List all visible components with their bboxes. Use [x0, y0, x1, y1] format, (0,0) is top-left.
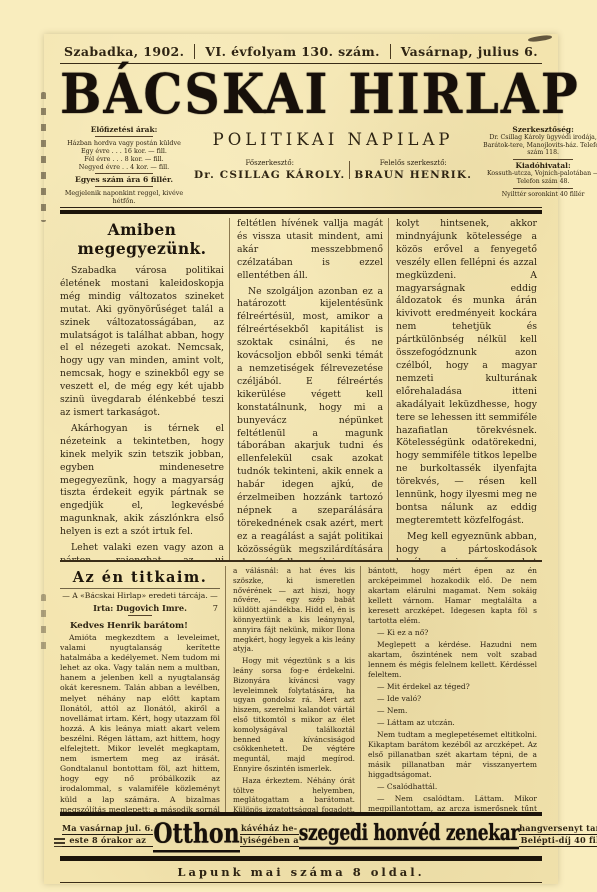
editors-block: Főszerkesztő: Dr. CSILLAG KÁROLY. Felelő…	[194, 159, 472, 181]
responsible-editor: Felelős szerkesztő: BRAUN HENRIK.	[354, 159, 472, 181]
ad-details-line1: hangversenyt tart.	[519, 823, 597, 835]
ad-date-block: Ma vasárnap jul. 6. este 8 órakor az	[62, 823, 153, 847]
feuilleton-section: Az én titkaim. — A «Bácskai Hirlap» ered…	[60, 566, 542, 812]
dateline-place-date: Szabadka, 1902.	[64, 44, 184, 59]
ad-venue-desc: kávéház he- lyiségében a	[240, 823, 299, 847]
editorial-office-heading: Szerkesztőség:	[478, 126, 597, 134]
paragraph: Meg kell egyeznünk abban, hogy a pártosk…	[396, 531, 537, 560]
divider	[513, 188, 573, 189]
offices-box: Szerkesztőség: Dr. Csillag Károly ügyvéd…	[478, 126, 597, 198]
feuilleton-column-2: a válásnál: a hat éves kis szöszke, ki i…	[225, 566, 360, 812]
feuilleton-column-3: bántott, hogy mért épen az én arcképeimm…	[360, 566, 542, 812]
divider	[95, 173, 154, 174]
dateline-day: Vasárnap, julius 6.	[401, 44, 538, 59]
lead-article-column-2: feltétlen hívének vallja magát és vissza…	[229, 218, 388, 560]
divider	[128, 615, 152, 616]
divider	[95, 186, 154, 187]
feuilleton-column-1: Az én titkaim. — A «Bácskai Hirlap» ered…	[60, 566, 225, 812]
section-divider-rule	[60, 560, 542, 562]
chief-editor-label: Főszerkesztő:	[194, 159, 345, 167]
dateline-separator	[390, 44, 391, 59]
paragraph: a válásnál: a hat éves kis szöszke, ki i…	[233, 566, 355, 654]
paragraph: Nem tudtam a meglepetésemet eltitkolni. …	[368, 730, 537, 780]
openspace-note: Nyilttér soronkint 40 fillér	[478, 191, 597, 199]
chief-editor-name: Dr. CSILLAG KÁROLY.	[194, 169, 345, 181]
subscription-heading: Előfizetési árak:	[60, 126, 188, 134]
dateline-issue: VI. évfolyam 130. szám.	[205, 44, 380, 59]
dialogue-line: — Ki ez a nő?	[368, 628, 537, 638]
lead-article-title: Amiben megegyezünk.	[60, 220, 224, 258]
dialogue-line: — Csalódhattál.	[368, 782, 537, 792]
dateline: Szabadka, 1902. VI. évfolyam 130. szám. …	[60, 42, 542, 63]
header-rule	[60, 207, 542, 214]
single-copy-price: Egyes szám ára 6 fillér.	[60, 176, 188, 184]
editorial-office-text: Dr. Csillag Károly ügyvédi irodája, Bará…	[478, 134, 597, 157]
masthead-subtitle: POLITIKAI NAPILAP	[194, 130, 472, 149]
publisher-office-text: Kossuth-utcza, Vojnich-palotában — Telef…	[478, 170, 597, 186]
divider	[95, 136, 154, 137]
paragraph: Szabadka városa politikai életének mosta…	[60, 265, 224, 420]
ad-venue-name: Otthon	[153, 818, 239, 853]
paragraph: Hogy mit végeztünk s a kis leány sorsa f…	[233, 656, 355, 774]
feuilleton-title: Az én titkaim.	[60, 569, 220, 586]
ad-details-line2: Belépti-díj 40 fill.	[519, 835, 597, 847]
newspaper-page: Szabadka, 1902. VI. évfolyam 130. szám. …	[44, 34, 558, 884]
ad-details-block: hangversenyt tart. Belépti-díj 40 fill.	[519, 823, 597, 847]
chief-editor: Főszerkesztő: Dr. CSILLAG KÁROLY.	[194, 159, 345, 181]
paragraph: Haza érkeztem. Néhány órát töltve helyem…	[233, 776, 355, 812]
subscription-row: Fél évre . . . 8 kor. — fill.	[60, 155, 188, 163]
subscription-row: Egy évre . . . 16 kor. — fill.	[60, 147, 188, 155]
paragraph: feltétlen hívének vallja magát és vissza…	[237, 218, 383, 283]
subscription-subheading: Házban hordva vagy postán küldve	[60, 139, 188, 147]
ink-smudge-icon	[54, 838, 65, 847]
lead-article-column-3: kolyt hintsenek, akkor mindnyájunk kötel…	[388, 218, 542, 560]
paragraph: Meglepett a kérdése. Hazudni nem akartam…	[368, 640, 537, 680]
paragraph: Amióta megkezdtem a leveleimet, valami n…	[60, 633, 220, 812]
responsible-editor-label: Felelős szerkesztő:	[354, 159, 472, 167]
publisher-office-heading: Kiadóhivatal:	[478, 162, 597, 170]
ad-venue-desc-line1: kávéház he-	[240, 823, 299, 835]
dialogue-line: — Mit érdekel az téged?	[368, 682, 537, 692]
feuilleton-tagline: — A «Bácskai Hirlap» eredeti tárcája. —	[60, 591, 220, 600]
masthead-info-row: Előfizetési árak: Házban hordva vagy pos…	[60, 126, 542, 205]
publication-note: Megjelenik naponkint reggel, kivéve hétf…	[60, 189, 188, 205]
masthead-center: POLITIKAI NAPILAP Főszerkesztő: Dr. CSIL…	[188, 126, 478, 181]
lead-article-section: Amiben megegyezünk. Szabadka városa poli…	[60, 218, 542, 560]
subscription-box: Előfizetési árak: Házban hordva vagy pos…	[60, 126, 188, 205]
paragraph: Lehet valaki ezen vagy azon a párton, ra…	[60, 542, 224, 560]
subscription-row: Negyed évre . . 4 kor. — fill.	[60, 163, 188, 171]
ad-venue-desc-line2: lyiségében a	[240, 835, 299, 847]
masthead-title: BÁCSKAI HIRLAP	[60, 63, 542, 126]
ad-banner: Ma vasárnap jul. 6. este 8 órakor az Ott…	[60, 816, 542, 856]
feuilleton-part-number: 7	[213, 603, 218, 613]
footer-rule	[60, 882, 542, 883]
ad-date-line1: Ma vasárnap jul. 6.	[62, 823, 153, 835]
paragraph: — Nem csalódtam. Láttam. Mikor megpillan…	[368, 794, 537, 812]
dateline-separator	[194, 44, 195, 59]
ad-date-line2: este 8 órakor az	[62, 835, 153, 847]
divider	[349, 161, 350, 179]
ad-band-name: szegedi honvéd zenekar	[299, 821, 519, 850]
dialogue-line: — Láttam az utczán.	[368, 718, 537, 728]
paragraph: Ne szolgáljon azonban ez a határozott ki…	[237, 286, 383, 560]
feuilleton-byline-row: Irta: Dugovich Imre. 7	[60, 603, 220, 613]
dialogue-line: — Nem.	[368, 706, 537, 716]
paragraph: Akárhogyan is térnek el nézeteink a teki…	[60, 423, 224, 539]
page-background: { "colors": { "background": "#f9edbe", "…	[0, 0, 597, 892]
paragraph: bántott, hogy mért épen az én arcképeimm…	[368, 566, 537, 626]
feuilleton-byline: Irta: Dugovich Imre.	[93, 603, 187, 613]
feuilleton-salutation: Kedves Henrik barátom!	[60, 621, 220, 631]
feuilleton-title-rule	[60, 588, 220, 589]
divider	[513, 159, 573, 160]
lead-article-column-1: Amiben megegyezünk. Szabadka városa poli…	[60, 218, 229, 560]
dialogue-line: — Ide való?	[368, 694, 537, 704]
footer-pages-note: Lapunk mai száma 8 oldal.	[60, 861, 542, 882]
responsible-editor-name: BRAUN HENRIK.	[354, 169, 472, 181]
paragraph: kolyt hintsenek, akkor mindnyájunk kötel…	[396, 218, 537, 528]
